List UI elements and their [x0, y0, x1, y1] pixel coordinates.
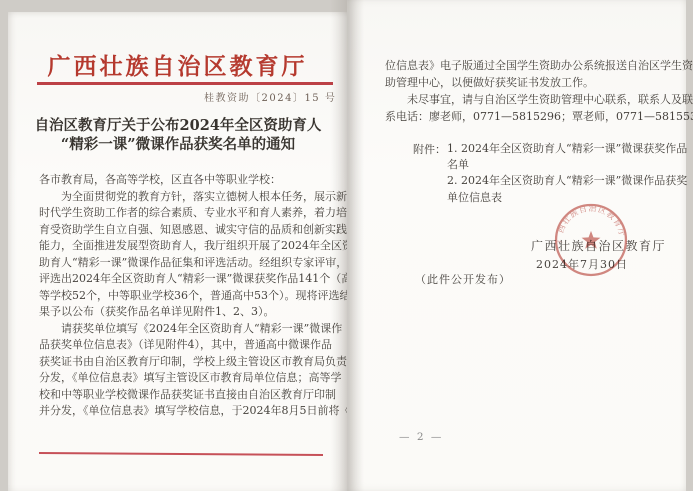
notice-title-line-2: “精彩一课”微课作品获奖名单的通知	[28, 136, 328, 155]
body-line: 未尽事宜，请与自治区学生资助管理中心联系，联系人及联	[385, 91, 685, 108]
body-line: 分发，《单位信息表》填写主管设区市教育局单位信息；高等学	[39, 370, 341, 387]
body-line: 获奖证书由自治区教育厅印制，学校上级主管设区市教育局负责	[39, 354, 341, 371]
attachments-label: 附件：	[413, 141, 446, 157]
body-line: 校和中等职业学校微课作品获奖证书直接由自治区教育厅印制	[39, 387, 341, 404]
scanned-document: 广西壮族自治区教育厅 桂教资助〔2024〕15 号 自治区教育厅关于公布2024…	[0, 0, 693, 491]
notice-title-line-1: 自治区教育厅关于公布2024年全区资助育人	[28, 117, 328, 136]
body-line: 育受资助学生自立自强、知恩感恩、诚实守信的品质和创新实践	[39, 222, 341, 239]
body-line: 各市教育局，各高等学校，区直各中等职业学校：	[39, 172, 341, 189]
official-seal-icon: 广西壮族自治区教育厅	[553, 202, 629, 278]
body-line: 请获奖单位填写《2024年全区资助育人“精彩一课”微课作	[39, 321, 341, 338]
body-line: 系电话：廖老师，0771—5815296；覃老师，0771—5815532。	[385, 108, 685, 125]
attachment-item-line: 1. 2024年全区资助育人“精彩一课”微课获奖作品	[447, 141, 687, 157]
seal-star-icon	[582, 231, 601, 249]
attachments-block: 附件： 1. 2024年全区资助育人“精彩一课”微课获奖作品 名单 2. 202…	[413, 141, 687, 206]
attachment-item-line: 2. 2024年全区资助育人“精彩一课”微课作品获奖	[447, 173, 687, 189]
body-line: 并分发，《单位信息表》填写学校信息，于2024年8月5日前将《单	[39, 403, 341, 420]
body-line: 评选出2024年全区资助育人“精彩一课”微课获奖作品141个（高	[39, 271, 341, 288]
body-line: 助管理中心，以便做好获奖证书发放工作。	[385, 74, 685, 91]
body-line: 时代学生资助工作者的综合素质、专业水平和育人素养，着力培	[39, 205, 341, 222]
page1-footer-red-rule	[39, 452, 323, 456]
notice-title: 自治区教育厅关于公布2024年全区资助育人 “精彩一课”微课作品获奖名单的通知	[28, 117, 328, 154]
body-line: 助育人“精彩一课”微课作品征集和评选活动。经组织专家评审，	[39, 255, 341, 272]
body-line: 等学校52个，中等职业学校36个，普通高中53个）。现将评选结	[39, 288, 341, 305]
document-page-1: 广西壮族自治区教育厅 桂教资助〔2024〕15 号 自治区教育厅关于公布2024…	[8, 12, 347, 491]
public-release-note: （此件公开发布）	[415, 271, 511, 287]
page-number: — 2 —	[399, 431, 443, 443]
body-line: 位信息表》电子版通过全国学生资助办公系统报送自治区学生资	[385, 57, 685, 74]
document-page-2: 位信息表》电子版通过全国学生资助办公系统报送自治区学生资 助管理中心，以便做好获…	[347, 0, 686, 491]
page1-body-text: 各市教育局，各高等学校，区直各中等职业学校： 为全面贯彻党的教育方针，落实立德树…	[39, 172, 341, 420]
letterhead-title: 广西壮族自治区教育厅	[8, 48, 347, 81]
body-line: 果予以公布（获奖作品名单详见附件1、2、3）。	[39, 304, 341, 321]
attachments-list: 1. 2024年全区资助育人“精彩一课”微课获奖作品 名单 2. 2024年全区…	[447, 141, 687, 206]
body-line: 能力，全面推进发展型资助育人，我厅组织开展了2024年全区资	[39, 238, 341, 255]
letterhead-red-rule	[37, 82, 333, 85]
body-line: 品获奖单位信息表》（详见附件4），其中，普通高中微课作品	[39, 337, 341, 354]
body-line: 为全面贯彻党的教育方针，落实立德树人根本任务，展示新	[39, 189, 341, 206]
page2-body-text: 位信息表》电子版通过全国学生资助办公系统报送自治区学生资 助管理中心，以便做好获…	[385, 57, 685, 125]
attachment-item-line: 名单	[447, 157, 687, 173]
document-number: 桂教资助〔2024〕15 号	[204, 89, 336, 104]
